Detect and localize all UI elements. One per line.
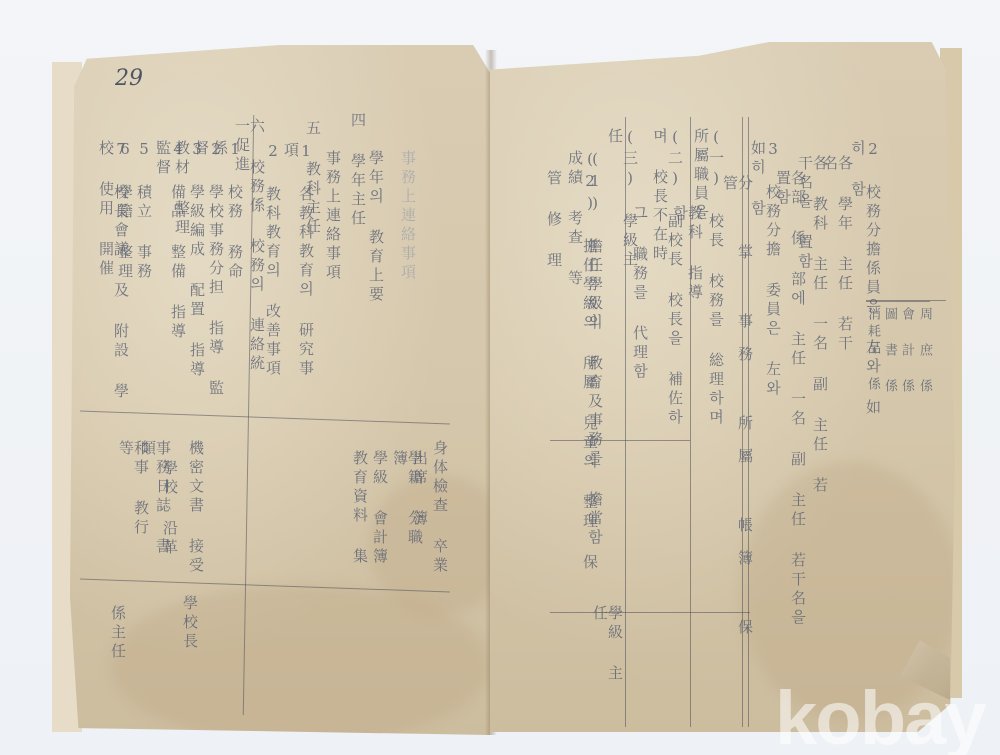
text-column: (2) 擔任學級의 所屬 兒童의 整理 保 成績 考查 等 [567,150,597,580]
text-column: 學籍 分職 簿 [392,450,422,580]
text-column: 學年의 教育上要 [368,150,383,440]
text-column: 1 各教科教育의 研究事項 [283,142,313,382]
side-table-item: 會 計 係 [900,307,913,397]
text-column: 身体檢查 卒業 [432,440,447,590]
text-column: 四 學年主任 [350,112,365,412]
text-column: (二) 副校長 校長을 補佐하며 校長不在時 [652,128,682,428]
bleed-through-text: 事務上連絡事項 [400,150,415,400]
text-column: (三) 學級主任 [607,128,637,278]
text-column: 2 教科教育의 改善事項 [265,142,280,382]
side-table-item: 消耗品 係 [866,307,879,397]
text-column: 管 修 理 [546,170,561,290]
side-table-item: 圖 書 係 [883,307,896,397]
text-column: 教育資料 集 [352,450,367,580]
ruled-line [80,411,450,425]
ruled-line [550,612,750,613]
page-number: 29 [115,66,143,91]
side-table-item: 周 庶 係 [918,307,931,397]
open-notebook: 29 四 學年主任 學年의 教育上要 事務上連絡事項 五 教科主任 1 各教科教… [0,0,1000,755]
text-column: 和事 教行 等 [118,440,148,550]
text-column: 3 校務分擔 委員은 左와 如히 함 [750,140,780,430]
text-column: 分 掌 事務 所屬 帳簿 保管 [722,175,752,665]
signature-label: 係主任 [110,605,125,675]
text-column: 5 積立 事務 [136,140,151,320]
text-column: 7 校長會議 及 附設 學校 使用 開催 [98,140,128,420]
text-column: 機密文書 接受 [188,440,203,590]
watermark-logo: kobay [775,675,985,755]
text-column: 4 備品 整備 指導 監督 [155,140,185,360]
text-column: 學級 會計簿 [372,450,387,580]
signature-label: 學校長 [182,595,197,675]
text-column: 學級 主任 [592,605,622,695]
bracket-line [866,301,930,302]
text-column: 事務上連絡事項 [325,150,340,380]
